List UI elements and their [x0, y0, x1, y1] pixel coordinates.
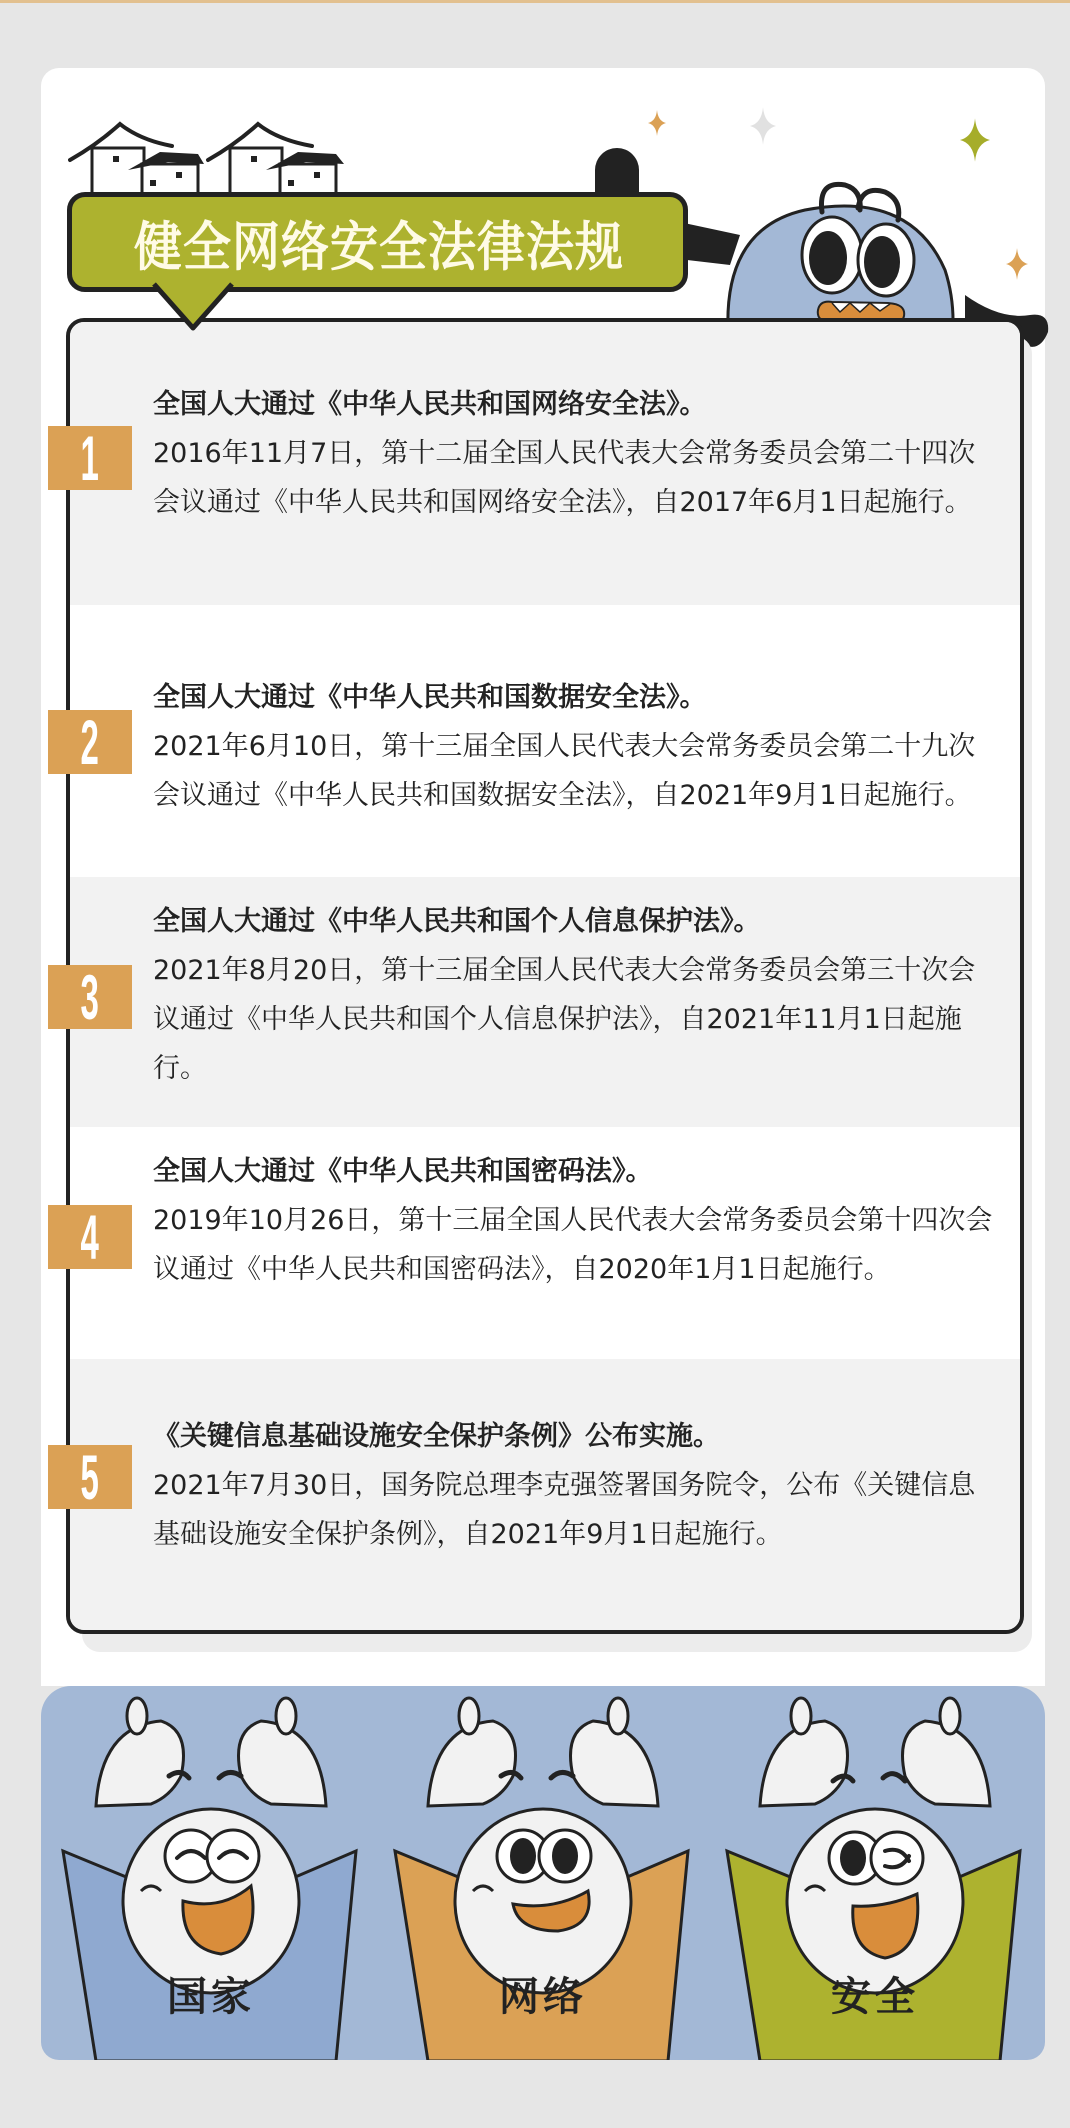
- list-item: 全国人大通过《中华人民共和国网络安全法》。 2016年11月7日，第十二届全国人…: [70, 322, 1020, 605]
- list-item: 全国人大通过《中华人民共和国数据安全法》。 2021年6月10日，第十三届全国人…: [70, 605, 1020, 877]
- list-item: 《关键信息基础设施安全保护条例》公布实施。 2021年7月30日，国务院总理李克…: [70, 1359, 1020, 1634]
- item-heading: 《关键信息基础设施安全保护条例》公布实施。: [153, 1412, 998, 1461]
- number-badge: 4: [48, 1205, 132, 1269]
- item-body: 2021年7月30日，国务院总理李克强签署国务院令，公布《关键信息基础设施安全保…: [153, 1461, 998, 1559]
- item-heading: 全国人大通过《中华人民共和国网络安全法》。: [153, 380, 998, 429]
- section-title: 健全网络安全法律法规: [134, 204, 624, 280]
- number-badge: 1: [48, 426, 132, 490]
- item-heading: 全国人大通过《中华人民共和国个人信息保护法》。: [153, 897, 998, 946]
- item-body: 2016年11月7日，第十二届全国人民代表大会常务委员会第二十四次会议通过《中华…: [153, 429, 998, 527]
- character-security: 安全: [705, 1686, 1045, 2060]
- character-national: 国家: [41, 1686, 381, 2060]
- slogan-panel: 国家 网络: [41, 1686, 1045, 2060]
- item-heading: 全国人大通过《中华人民共和国密码法》。: [153, 1147, 998, 1196]
- section-title-banner: 健全网络安全法律法规: [67, 192, 688, 292]
- top-accent-line: [0, 0, 1070, 3]
- list-item: 全国人大通过《中华人民共和国密码法》。 2019年10月26日，第十三届全国人民…: [70, 1127, 1020, 1359]
- character-network: 网络: [373, 1686, 713, 2060]
- number-badge: 3: [48, 965, 132, 1029]
- list-item: 全国人大通过《中华人民共和国个人信息保护法》。 2021年8月20日，第十三届全…: [70, 877, 1020, 1127]
- character-label: 网络: [373, 1965, 713, 2022]
- item-body: 2019年10月26日，第十三届全国人民代表大会常务委员会第十四次会议通过《中华…: [153, 1196, 998, 1294]
- character-label: 安全: [705, 1965, 1045, 2022]
- sparkle-icon: [648, 110, 666, 136]
- number-badge: 5: [48, 1445, 132, 1509]
- item-body: 2021年8月20日，第十三届全国人民代表大会常务委员会第三十次会议通过《中华人…: [153, 946, 998, 1093]
- laws-list-card: 全国人大通过《中华人民共和国网络安全法》。 2016年11月7日，第十二届全国人…: [66, 318, 1024, 1634]
- number-badge: 2: [48, 710, 132, 774]
- item-body: 2021年6月10日，第十三届全国人民代表大会常务委员会第二十九次会议通过《中华…: [153, 722, 998, 820]
- houses-illustration-icon: [68, 118, 378, 196]
- item-heading: 全国人大通过《中华人民共和国数据安全法》。: [153, 673, 998, 722]
- banner-pointer-icon: [150, 282, 236, 332]
- character-label: 国家: [41, 1965, 381, 2022]
